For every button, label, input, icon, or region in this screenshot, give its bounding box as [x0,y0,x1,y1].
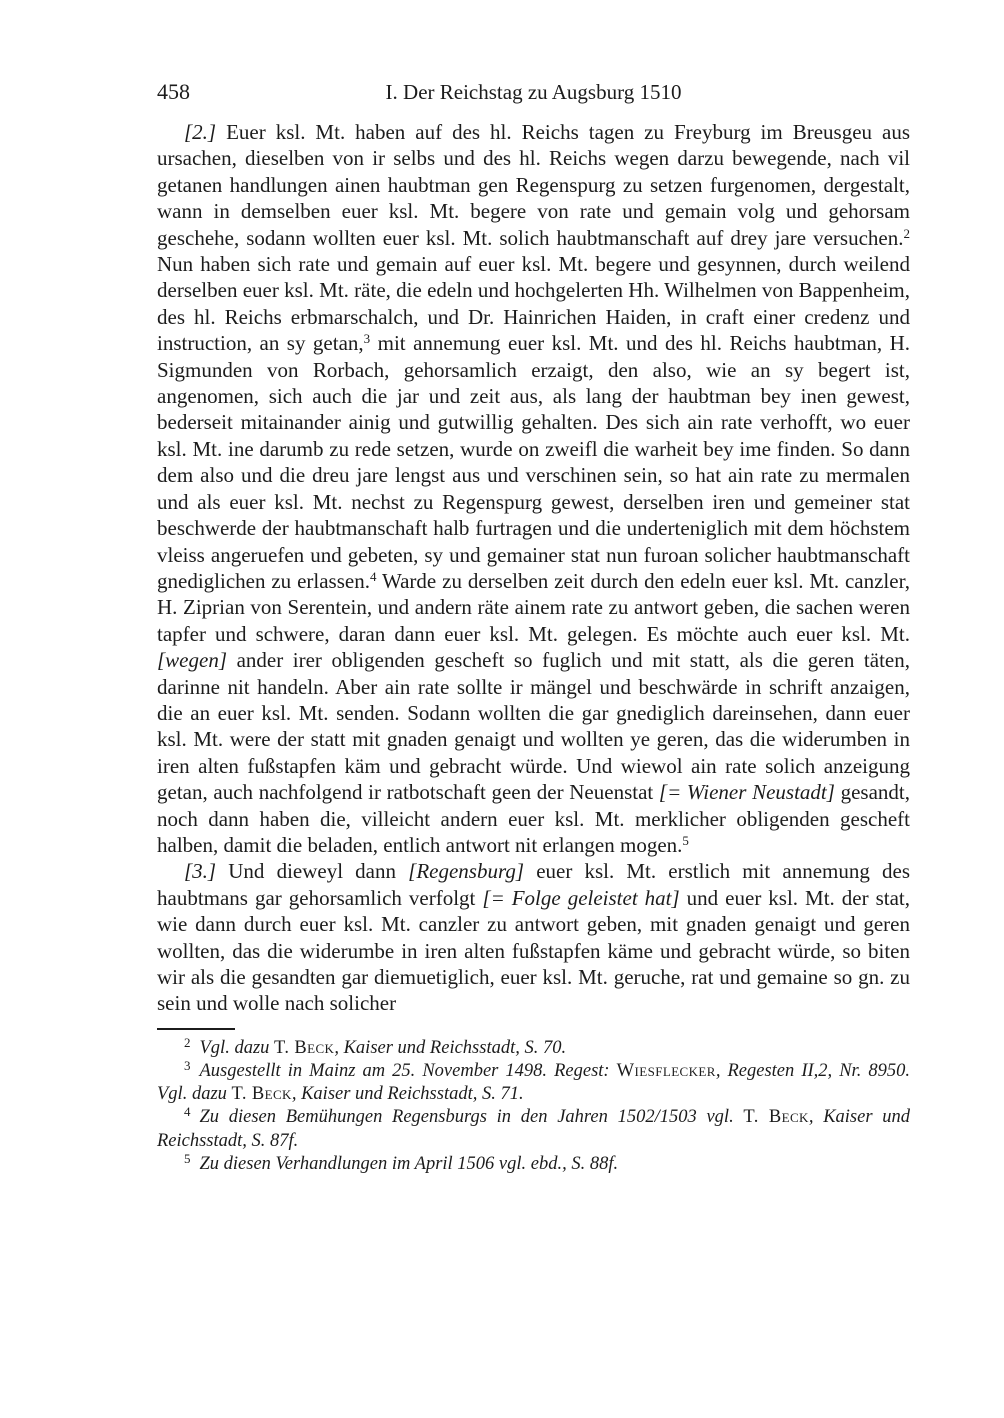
text-segment: Zu diesen Verhandlungen im April 1506 vg… [200,1154,619,1174]
footnote-number: 4 [184,1104,191,1119]
text-segment: [Regensburg] [408,859,524,883]
text-segment: Vgl. dazu [200,1038,275,1058]
text-segment: [wegen] [157,648,227,672]
footnote-separator [157,1028,235,1030]
text-segment: Zu diesen Bemühungen Regensburgs in den … [200,1107,744,1127]
footnote: 3Ausgestellt in Mainz am 25. November 14… [157,1060,910,1106]
text-segment: T. Beck [274,1038,334,1058]
book-page: 458 I. Der Reichstag zu Augsburg 1510 [2… [0,0,1004,1418]
footnote: 4Zu diesen Bemühungen Regensburgs in den… [157,1106,910,1152]
text-segment: T. Beck [743,1107,808,1127]
footnote-number: 5 [184,1151,191,1166]
footnote-reference: 4 [370,569,377,584]
text-segment: , Kaiser und Reichsstadt, S. 70. [334,1038,566,1058]
text-segment: [= Wiener Neustadt] [659,780,835,804]
footnote-reference: 5 [682,833,689,848]
footnote-number: 3 [184,1058,191,1073]
text-segment: T. Beck [232,1084,292,1104]
footnotes: 2Vgl. dazu T. Beck, Kaiser und Reichssta… [157,1037,910,1176]
text-segment: , Kaiser und Reichsstadt, S. 71. [292,1084,524,1104]
text-segment: Euer ksl. Mt. haben auf des hl. Reichs t… [157,120,910,250]
footnote-reference: 3 [364,331,371,346]
running-title: I. Der Reichstag zu Augsburg 1510 [157,79,910,106]
text-segment: [3.] [184,859,216,883]
running-header: 458 I. Der Reichstag zu Augsburg 1510 [157,78,910,105]
paragraph: [3.] Und dieweyl dann [Regensburg] euer … [157,858,910,1016]
text-segment: Ausgestellt in Mainz am 25. November 149… [200,1061,617,1081]
text-segment: mit annemung euer ksl. Mt. und des hl. R… [157,331,910,593]
text-segment: [2.] [184,120,216,144]
footnote: 5Zu diesen Verhandlungen im April 1506 v… [157,1153,910,1176]
footnote: 2Vgl. dazu T. Beck, Kaiser und Reichssta… [157,1037,910,1060]
footnote-reference: 2 [904,226,911,241]
text-segment: Wiesflecker [617,1061,716,1081]
footnote-number: 2 [184,1035,191,1050]
paragraph: [2.] Euer ksl. Mt. haben auf des hl. Rei… [157,119,910,858]
text-block: [2.] Euer ksl. Mt. haben auf des hl. Rei… [157,119,910,1017]
text-segment: Und dieweyl dann [216,859,408,883]
text-segment: [= Folge geleistet hat] [482,886,679,910]
